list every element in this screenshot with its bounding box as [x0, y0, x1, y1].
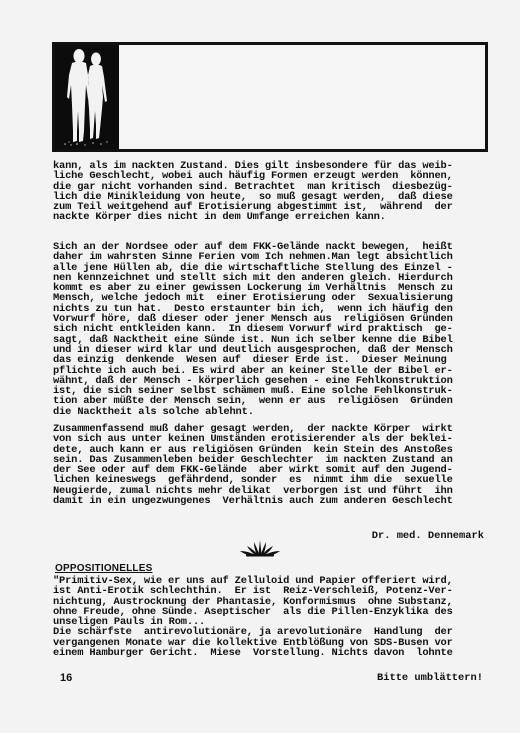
section-heading: OPPOSITIONELLES: [55, 563, 152, 574]
text-line: nackte Körper dies nicht in dem Umfange …: [53, 212, 485, 222]
section-body: "Primitiv-Sex, wie er uns auf Zelluloid …: [53, 576, 485, 658]
text-line: die Nacktheit als solche ablehnt.: [53, 407, 485, 417]
author-signature: Dr. med. Dennemark: [372, 530, 484, 542]
text-line: damit in ein ungezwungenes Verhältnis au…: [53, 496, 485, 506]
header-illustration-box: [52, 42, 488, 152]
couple-silhouette-icon: [55, 45, 119, 149]
article-paragraph-2: Sich an der Nordsee oder auf dem FKK-Gel…: [53, 242, 485, 417]
article-paragraph-1: kann, als im nackten Zustand. Dies gilt …: [53, 161, 485, 223]
article-paragraph-3: Zusammenfassend muß daher gesagt werden,…: [53, 424, 485, 506]
turn-page-note: Bitte umblättern!: [377, 672, 483, 684]
text-line: einem Hamburger Gericht. Miese Vorstellu…: [53, 648, 485, 658]
leaf-ornament-icon: [238, 538, 282, 563]
page-number: 16: [60, 672, 72, 684]
nude-couple-illustration: [55, 45, 119, 149]
